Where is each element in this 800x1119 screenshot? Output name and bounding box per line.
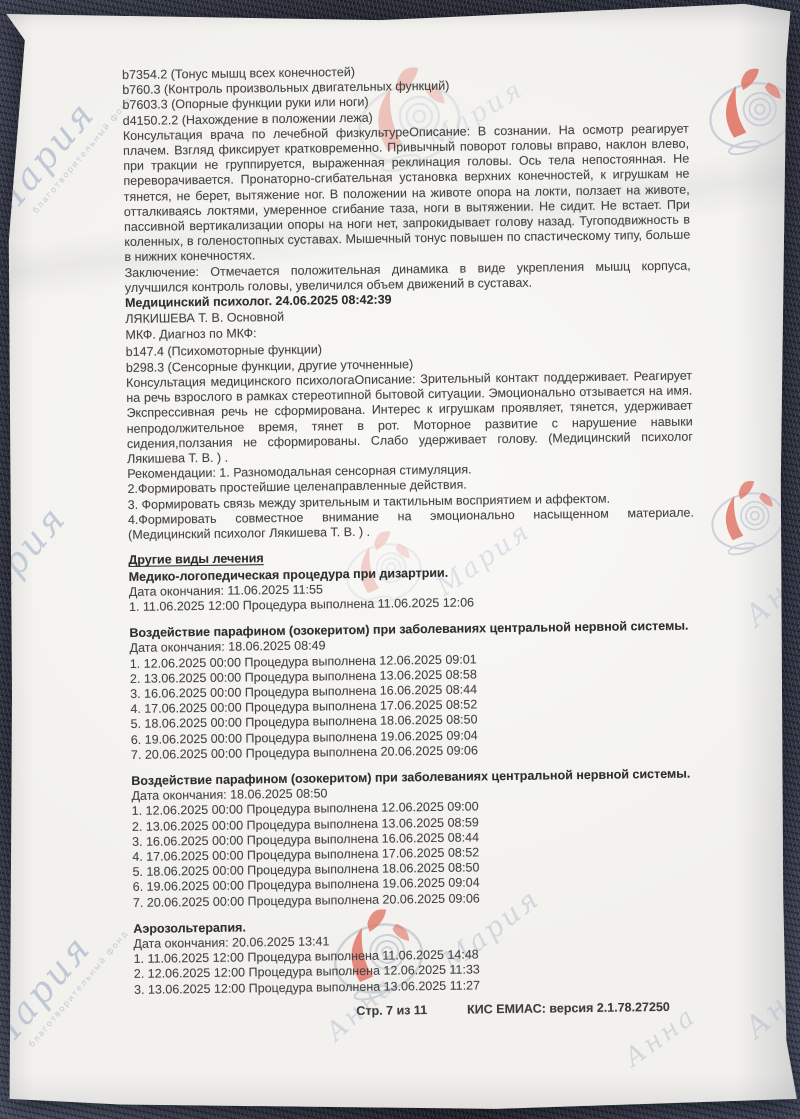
procedure-block: Аэрозольтерапия. Дата окончания: 20.06.2… bbox=[133, 914, 700, 997]
procedure-block: Воздействие парафином (озокеритом) при з… bbox=[131, 766, 699, 910]
fund-tagline-text: благотворительный фонд bbox=[27, 929, 131, 1050]
fund-script-text: Мария bbox=[0, 69, 124, 228]
psych-consult-paragraph: Консультация медицинского психологаОписа… bbox=[126, 369, 693, 468]
fund-script-text: Мария bbox=[0, 903, 120, 1062]
system-version-label: КИС ЕМИАС: версия 2.1.78.27250 bbox=[467, 1000, 670, 1018]
watermark-script-bottom-right: Ан bbox=[740, 990, 796, 1045]
lfk-consult-paragraph: Консультация врача по лечебной физкульту… bbox=[123, 121, 691, 265]
procedure-block: Воздействие парафином (озокеритом) при з… bbox=[129, 619, 697, 763]
watermark-script-mid-right: Ан bbox=[740, 578, 796, 633]
document-body: b7354.2 (Тонус мышц всех конечностей) b7… bbox=[122, 61, 700, 1022]
paper-sheet: Мария благотворительный фонд Мария Мария… bbox=[0, 0, 800, 1119]
fund-tagline-text: благотворительный фонд bbox=[31, 95, 135, 216]
procedure-block: Медико-логопедическая процедура при диза… bbox=[129, 562, 696, 615]
page-footer: Стр. 7 из 11 КИС ЕМИАС: версия 2.1.78.27… bbox=[134, 999, 700, 1022]
watermark-script-top-left: Мария благотворительный фонд bbox=[0, 69, 135, 237]
page-number-label: Стр. 7 из 11 bbox=[356, 1003, 427, 1019]
watermark-script-mid-left: Мария bbox=[0, 500, 74, 633]
charity-logo-icon bbox=[696, 56, 800, 170]
watermark-script-bottom-left: Мария благотворительный фонд bbox=[0, 903, 131, 1071]
scanned-page: Мария благотворительный фонд Мария Мария… bbox=[0, 0, 800, 1119]
charity-logo-icon bbox=[700, 470, 798, 568]
